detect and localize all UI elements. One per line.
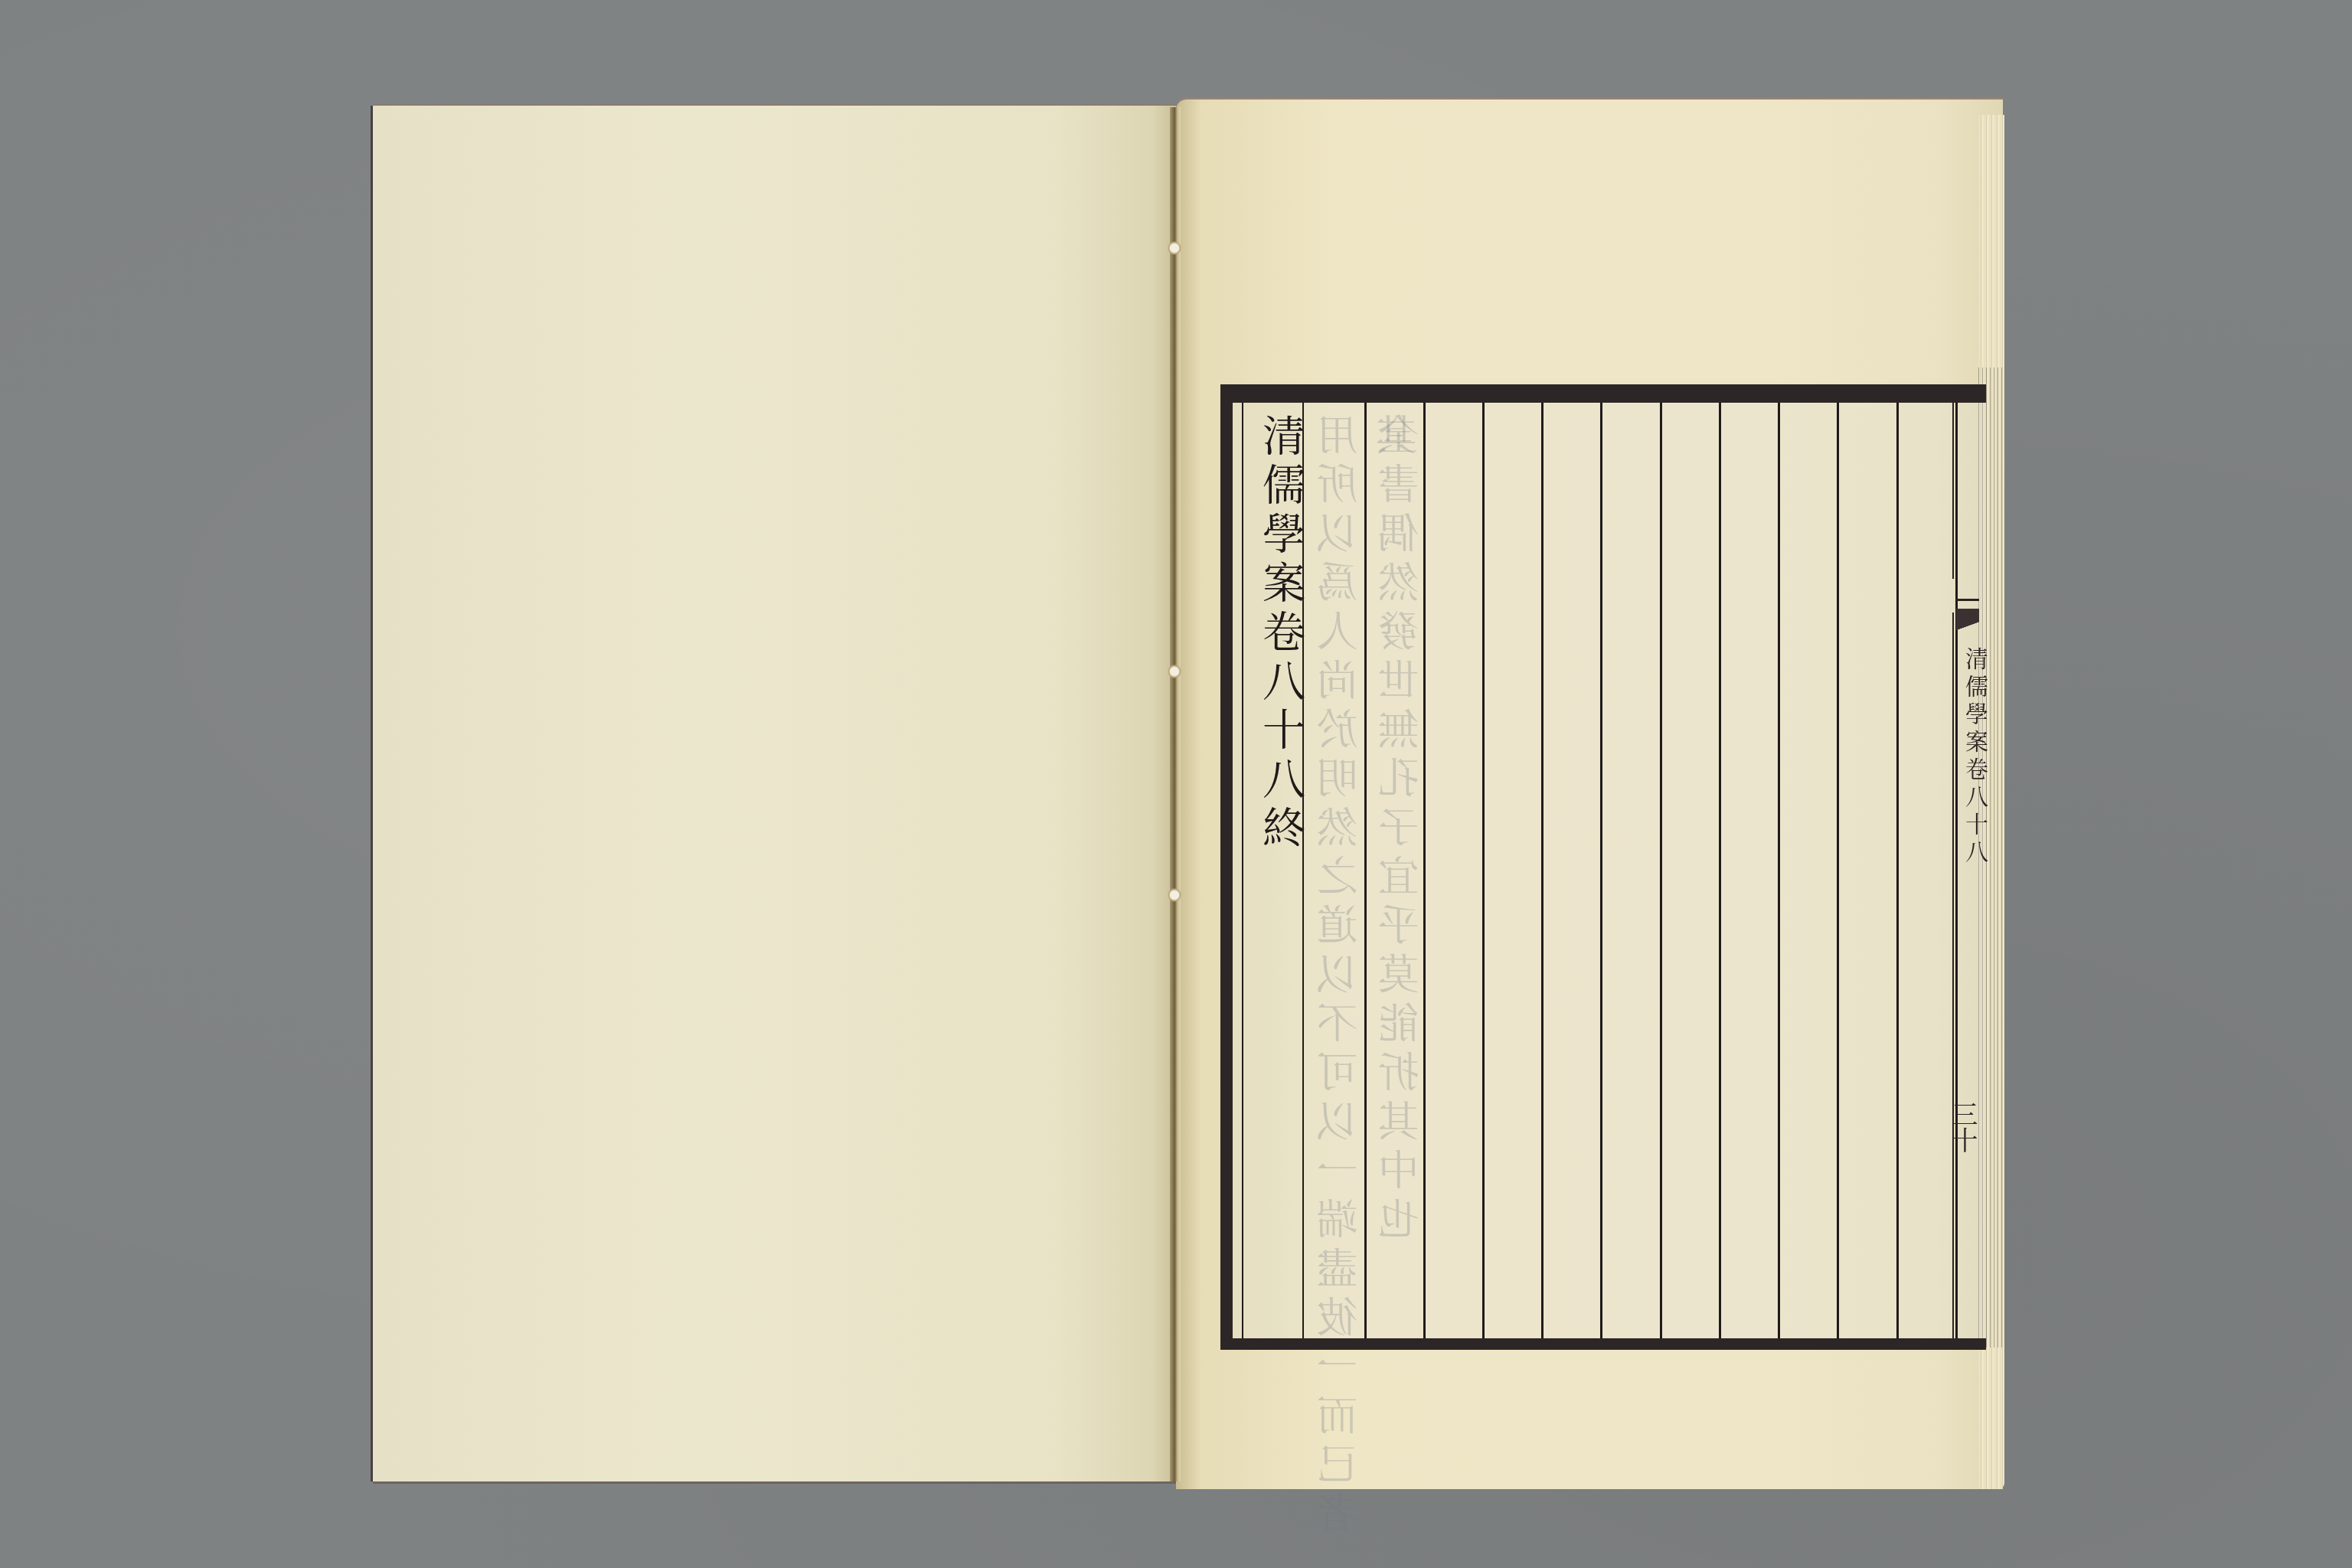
fore-edge-title: 清儒學案卷八十八 (1962, 647, 1985, 867)
fish-tail-rule (1956, 599, 1979, 601)
column-rule (1660, 403, 1662, 1338)
column-rule (1600, 403, 1602, 1338)
stitch-hole-icon (1167, 241, 1182, 255)
stitch-hole-icon (1167, 888, 1182, 902)
column-rule (1778, 403, 1780, 1338)
column-rule (1482, 403, 1485, 1338)
column-rule (1242, 403, 1243, 1338)
stitch-hole-icon (1167, 665, 1182, 678)
column-rule (1896, 403, 1899, 1338)
column-rule (1541, 403, 1543, 1338)
fore-edge-rule (1952, 612, 1954, 1338)
show-through-text: 全書偶然發世無孔子宜乎莫能折其中也 (1372, 413, 1431, 1246)
volume-closing-title: 清儒學案卷八十八終 (1257, 413, 1303, 854)
fore-edge-rule (1952, 403, 1954, 579)
fore-edge-page-number: 三十 (1958, 1101, 1981, 1153)
column-rule (1837, 403, 1839, 1338)
book-gutter-binding (1170, 107, 1181, 1481)
left-page-blank (373, 106, 1176, 1481)
column-rule (1955, 403, 1958, 1338)
column-rule (1719, 403, 1721, 1338)
fish-tail-icon (1956, 609, 1979, 639)
